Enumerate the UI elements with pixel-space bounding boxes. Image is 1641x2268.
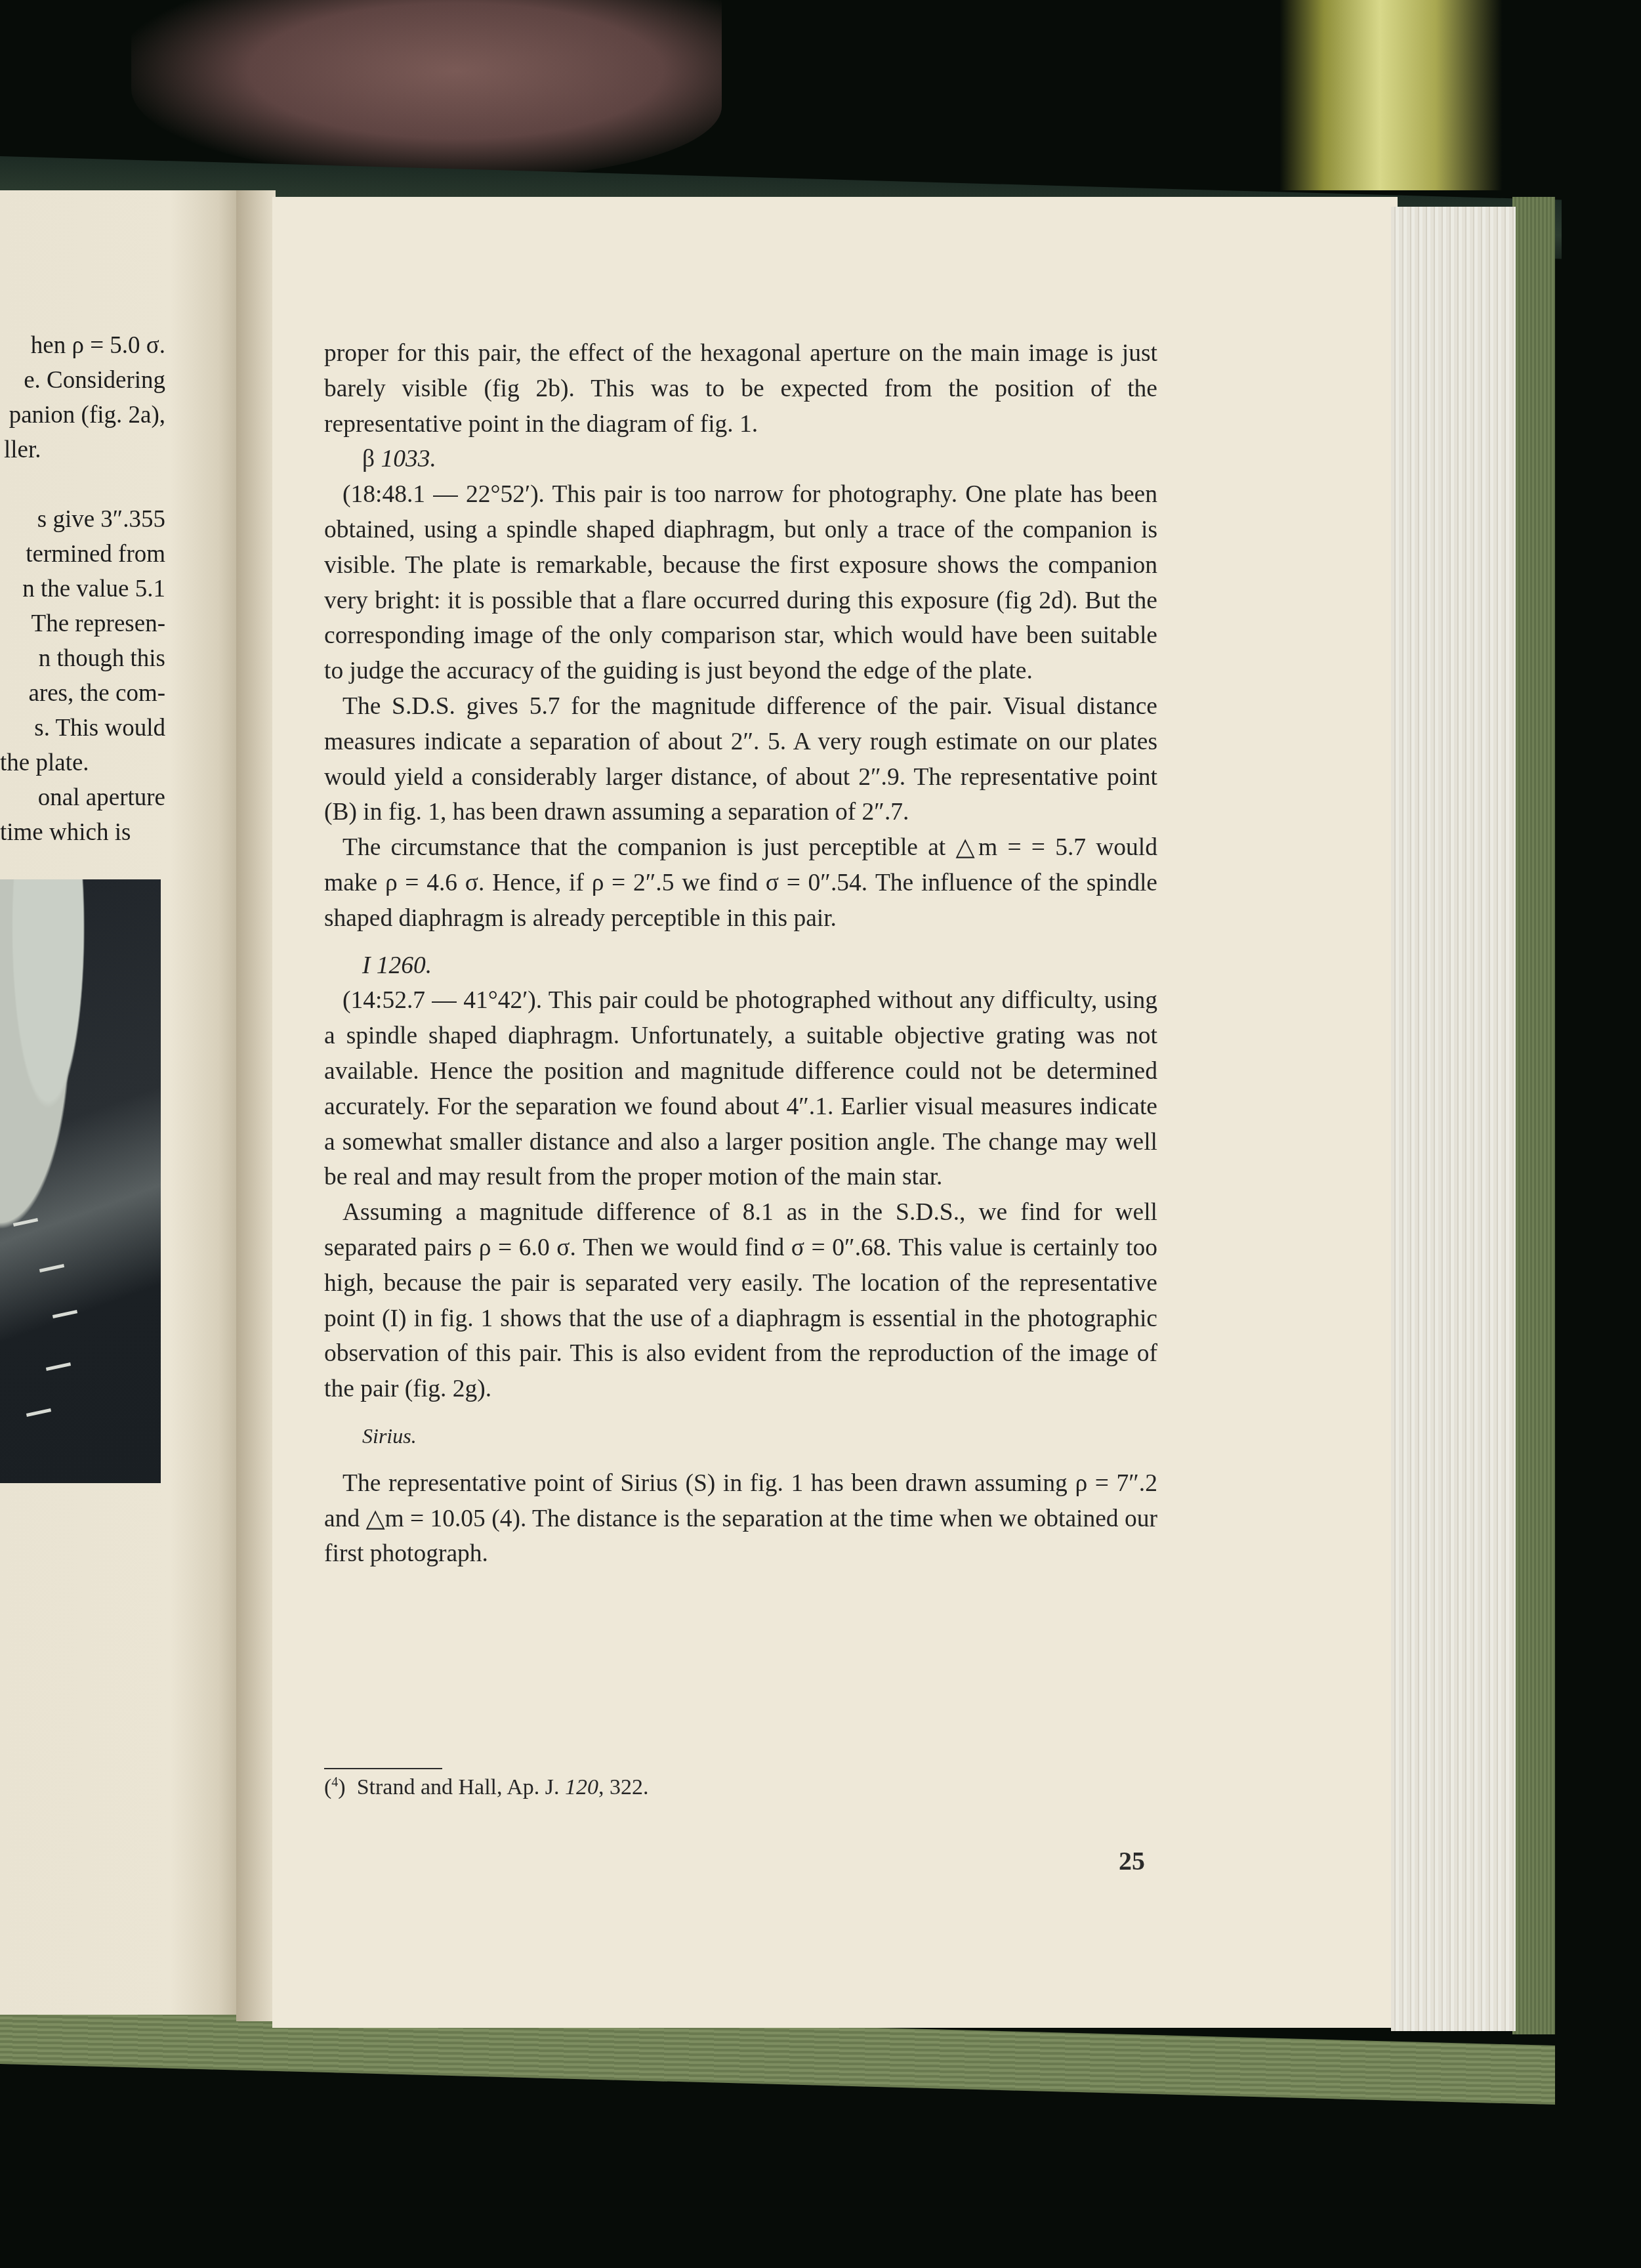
heading-title: 1033. <box>381 446 436 472</box>
footnote-pages: , 322. <box>598 1775 649 1799</box>
left-line: s give 3″.355 <box>0 502 165 537</box>
footnote-marker: 4 <box>331 1775 338 1790</box>
section-heading-sirius: Sirius. <box>324 1419 1157 1454</box>
page-number: 25 <box>1119 1845 1145 1876</box>
spacer <box>324 1407 1157 1419</box>
left-line: termined from <box>0 537 165 572</box>
left-line: e. Considering <box>0 363 165 398</box>
scale-tick <box>52 1310 77 1318</box>
scale-tick <box>13 1218 38 1227</box>
hand-background <box>131 0 722 177</box>
page-stack-edge <box>1391 207 1516 2031</box>
left-page-text: hen ρ = 5.0 σ. e. Considering panion (fi… <box>0 328 165 850</box>
paragraph: Assuming a magnitude difference of 8.1 a… <box>324 1195 1157 1407</box>
paragraph: (14:52.7 — 41°42′). This pair could be p… <box>324 983 1157 1195</box>
left-line: time which is <box>0 815 165 850</box>
left-line: hen ρ = 5.0 σ. <box>0 328 165 363</box>
spacer <box>324 936 1157 948</box>
spacer <box>324 1454 1157 1466</box>
book-gutter <box>236 190 276 2021</box>
intro-paragraph: proper for this pair, the effect of the … <box>324 336 1157 442</box>
left-line: s. This would <box>0 711 165 745</box>
footnote-text: Strand and Hall, Ap. J. <box>357 1775 565 1799</box>
footnote: (4) Strand and Hall, Ap. J. 120, 322. <box>324 1775 648 1800</box>
light-background <box>1279 0 1503 190</box>
footnote-rule <box>324 1768 442 1769</box>
left-line: n the value 5.1 <box>0 572 165 606</box>
left-line: n though this <box>0 641 165 676</box>
left-line: the plate. <box>0 745 165 780</box>
scale-tick <box>39 1264 64 1272</box>
scale-tick <box>26 1408 51 1417</box>
left-line: The represen- <box>0 606 165 641</box>
paragraph: The circumstance that the companion is j… <box>324 830 1157 936</box>
halftone-photo <box>0 879 161 1483</box>
left-gap <box>0 467 165 502</box>
paragraph: The S.D.S. gives 5.7 for the magnitude d… <box>324 689 1157 830</box>
left-line: ller. <box>0 432 165 467</box>
section-heading-i1260: I 1260. <box>324 948 1157 984</box>
footnote-volume: 120 <box>565 1775 598 1799</box>
beta-symbol: β <box>362 446 375 472</box>
left-line: panion (fig. 2a), <box>0 398 165 432</box>
left-line: ares, the com- <box>0 676 165 711</box>
paragraph: The representative point of Sirius (S) i… <box>324 1466 1157 1572</box>
book-cover-right-edge <box>1512 197 1555 2034</box>
section-heading-b1033: β 1033. <box>324 442 1157 477</box>
left-line: onal aperture <box>0 780 165 815</box>
scale-tick <box>46 1362 71 1371</box>
paragraph: (18:48.1 — 22°52′). This pair is too nar… <box>324 477 1157 689</box>
right-page-body: proper for this pair, the effect of the … <box>324 336 1157 1572</box>
